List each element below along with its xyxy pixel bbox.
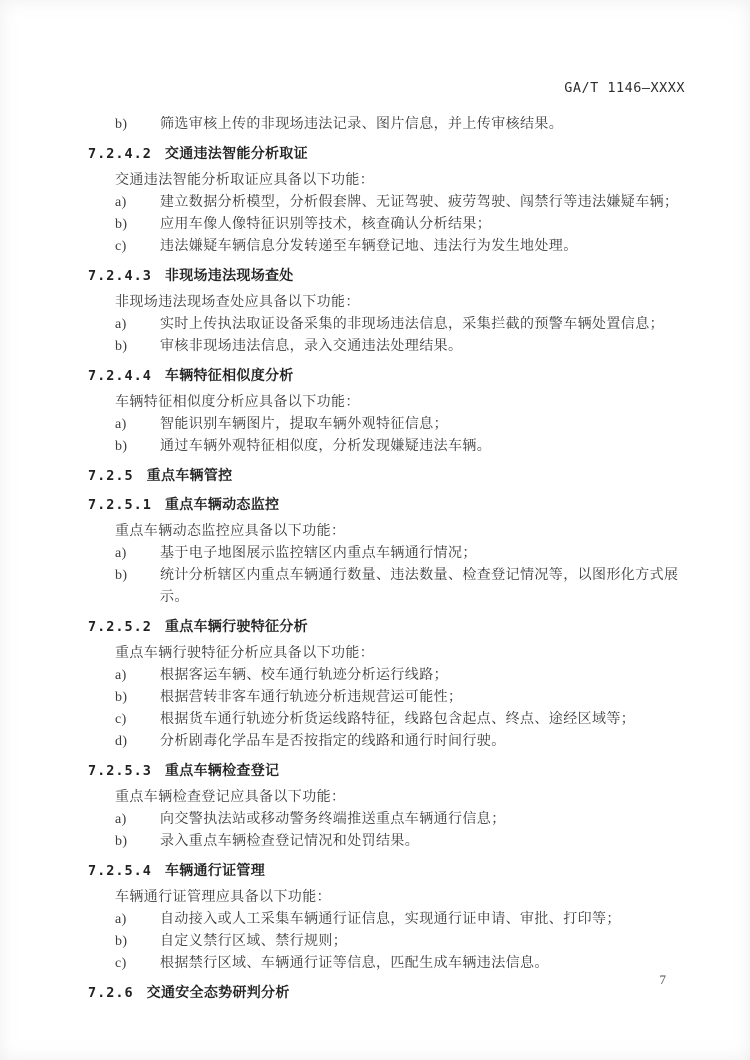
section-title: 重点车辆检查登记 <box>165 762 279 778</box>
list-item-label: b) <box>115 687 160 709</box>
intro-paragraph: 车辆特征相似度分析应具备以下功能： <box>115 392 685 414</box>
list-item-label: b) <box>115 931 160 953</box>
list-item: a)建立数据分析模型，分析假套牌、无证驾驶、疲劳驾驶、闯禁行等违法嫌疑车辆； <box>115 192 685 214</box>
section-number: 7.2.4.3 <box>88 268 152 284</box>
section-heading: 7.2.4.3非现场违法现场查处 <box>88 264 685 287</box>
list-item: d)分析剧毒化学品车是否按指定的线路和通行时间行驶。 <box>115 731 685 753</box>
list-item-label: a) <box>115 314 160 336</box>
list-item-label: c) <box>115 953 160 975</box>
list-item-text: 根据客运车辆、校车通行轨迹分析运行线路； <box>160 665 685 687</box>
list-item: b)自定义禁行区域、禁行规则； <box>115 931 685 953</box>
list-item-text: 筛选审核上传的非现场违法记录、图片信息，并上传审核结果。 <box>160 114 685 136</box>
list-item-label: a) <box>115 809 160 831</box>
document-page: GA/T 1146—XXXX b)筛选审核上传的非现场违法记录、图片信息，并上传… <box>0 0 750 1060</box>
list-item-text: 应用车像人像特征识别等技术，核查确认分析结果； <box>160 214 685 236</box>
list-item-text: 违法嫌疑车辆信息分发转递至车辆登记地、违法行为发生地处理。 <box>160 236 685 258</box>
section-title: 非现场违法现场查处 <box>165 267 294 283</box>
document-body: b)筛选审核上传的非现场违法记录、图片信息，并上传审核结果。7.2.4.2交通违… <box>88 114 685 1004</box>
list-item-text: 向交警执法站或移动警务终端推送重点车辆通行信息； <box>160 809 685 831</box>
list-item: b)应用车像人像特征识别等技术，核查确认分析结果； <box>115 214 685 236</box>
section-heading: 7.2.4.2交通违法智能分析取证 <box>88 142 685 165</box>
section-heading: 7.2.5.3重点车辆检查登记 <box>88 759 685 782</box>
list-item-label: a) <box>115 543 160 565</box>
section-number: 7.2.5.4 <box>88 863 152 879</box>
section-title: 交通安全态势研判分析 <box>147 984 290 1000</box>
list-item: a)实时上传执法取证设备采集的非现场违法信息，采集拦截的预警车辆处置信息； <box>115 314 685 336</box>
list-item-text: 分析剧毒化学品车是否按指定的线路和通行时间行驶。 <box>160 731 685 753</box>
list-item-label: b) <box>115 214 160 236</box>
list-item-label: a) <box>115 192 160 214</box>
section-title: 重点车辆行驶特征分析 <box>165 618 308 634</box>
list-item: c)根据货车通行轨迹分析货运线路特征，线路包含起点、终点、途经区域等； <box>115 709 685 731</box>
list-item-text: 自定义禁行区域、禁行规则； <box>160 931 685 953</box>
intro-paragraph: 车辆通行证管理应具备以下功能： <box>115 887 685 909</box>
list-item-text: 自动接入或人工采集车辆通行证信息，实现通行证申请、审批、打印等； <box>160 909 685 931</box>
section-number: 7.2.5 <box>88 468 134 484</box>
list-item: b)筛选审核上传的非现场违法记录、图片信息，并上传审核结果。 <box>115 114 685 136</box>
section-number: 7.2.4.4 <box>88 368 152 384</box>
list-item: a)根据客运车辆、校车通行轨迹分析运行线路； <box>115 665 685 687</box>
section-title: 交通违法智能分析取证 <box>165 145 308 161</box>
section-heading: 7.2.5重点车辆管控 <box>88 464 685 487</box>
list-item-label: b) <box>115 114 160 136</box>
list-item-text: 根据货车通行轨迹分析货运线路特征，线路包含起点、终点、途经区域等； <box>160 709 685 731</box>
list-item-text: 基于电子地图展示监控辖区内重点车辆通行情况； <box>160 543 685 565</box>
list-item-label: b) <box>115 831 160 853</box>
list-item: c)违法嫌疑车辆信息分发转递至车辆登记地、违法行为发生地处理。 <box>115 236 685 258</box>
list-item-label: a) <box>115 665 160 687</box>
list-item-text: 录入重点车辆检查登记情况和处罚结果。 <box>160 831 685 853</box>
intro-paragraph: 交通违法智能分析取证应具备以下功能： <box>115 170 685 192</box>
list-item-text: 审核非现场违法信息，录入交通违法处理结果。 <box>160 336 685 358</box>
section-heading: 7.2.5.1重点车辆动态监控 <box>88 493 685 516</box>
doc-number: GA/T 1146—XXXX <box>88 80 685 96</box>
section-title: 车辆特征相似度分析 <box>165 367 294 383</box>
intro-paragraph: 重点车辆动态监控应具备以下功能： <box>115 521 685 543</box>
list-item-label: d) <box>115 731 160 753</box>
list-item-label: b) <box>115 565 160 609</box>
list-item-text: 通过车辆外观特征相似度，分析发现嫌疑违法车辆。 <box>160 436 685 458</box>
list-item-text: 智能识别车辆图片，提取车辆外观特征信息； <box>160 414 685 436</box>
list-item: b)根据营转非客车通行轨迹分析违规营运可能性； <box>115 687 685 709</box>
page-number: 7 <box>660 972 667 988</box>
section-heading: 7.2.5.2重点车辆行驶特征分析 <box>88 615 685 638</box>
list-item: a)智能识别车辆图片，提取车辆外观特征信息； <box>115 414 685 436</box>
list-item-label: a) <box>115 909 160 931</box>
section-heading: 7.2.4.4车辆特征相似度分析 <box>88 364 685 387</box>
list-item-label: c) <box>115 236 160 258</box>
list-item-text: 统计分析辖区内重点车辆通行数量、违法数量、检查登记情况等，以图形化方式展示。 <box>160 565 685 609</box>
list-item-text: 实时上传执法取证设备采集的非现场违法信息，采集拦截的预警车辆处置信息； <box>160 314 685 336</box>
section-heading: 7.2.6交通安全态势研判分析 <box>88 981 685 1004</box>
section-number: 7.2.6 <box>88 985 134 1001</box>
section-heading: 7.2.5.4车辆通行证管理 <box>88 859 685 882</box>
section-number: 7.2.5.2 <box>88 619 152 635</box>
list-item-label: c) <box>115 709 160 731</box>
list-item: b)统计分析辖区内重点车辆通行数量、违法数量、检查登记情况等，以图形化方式展示。 <box>115 565 685 609</box>
list-item-label: a) <box>115 414 160 436</box>
list-item: b)录入重点车辆检查登记情况和处罚结果。 <box>115 831 685 853</box>
list-item: a)向交警执法站或移动警务终端推送重点车辆通行信息； <box>115 809 685 831</box>
list-item: b)通过车辆外观特征相似度，分析发现嫌疑违法车辆。 <box>115 436 685 458</box>
section-number: 7.2.4.2 <box>88 146 152 162</box>
section-number: 7.2.5.3 <box>88 763 152 779</box>
intro-paragraph: 非现场违法现场查处应具备以下功能： <box>115 292 685 314</box>
list-item: b)审核非现场违法信息，录入交通违法处理结果。 <box>115 336 685 358</box>
section-title: 重点车辆管控 <box>147 467 233 483</box>
intro-paragraph: 重点车辆检查登记应具备以下功能： <box>115 787 685 809</box>
list-item-label: b) <box>115 436 160 458</box>
list-item: a)基于电子地图展示监控辖区内重点车辆通行情况； <box>115 543 685 565</box>
list-item-label: b) <box>115 336 160 358</box>
list-item-text: 根据禁行区域、车辆通行证等信息，匹配生成车辆违法信息。 <box>160 953 685 975</box>
list-item: c)根据禁行区域、车辆通行证等信息，匹配生成车辆违法信息。 <box>115 953 685 975</box>
section-number: 7.2.5.1 <box>88 497 152 513</box>
section-title: 重点车辆动态监控 <box>165 496 279 512</box>
list-item-text: 根据营转非客车通行轨迹分析违规营运可能性； <box>160 687 685 709</box>
intro-paragraph: 重点车辆行驶特征分析应具备以下功能： <box>115 643 685 665</box>
section-title: 车辆通行证管理 <box>165 862 265 878</box>
list-item: a)自动接入或人工采集车辆通行证信息，实现通行证申请、审批、打印等； <box>115 909 685 931</box>
list-item-text: 建立数据分析模型，分析假套牌、无证驾驶、疲劳驾驶、闯禁行等违法嫌疑车辆； <box>160 192 685 214</box>
